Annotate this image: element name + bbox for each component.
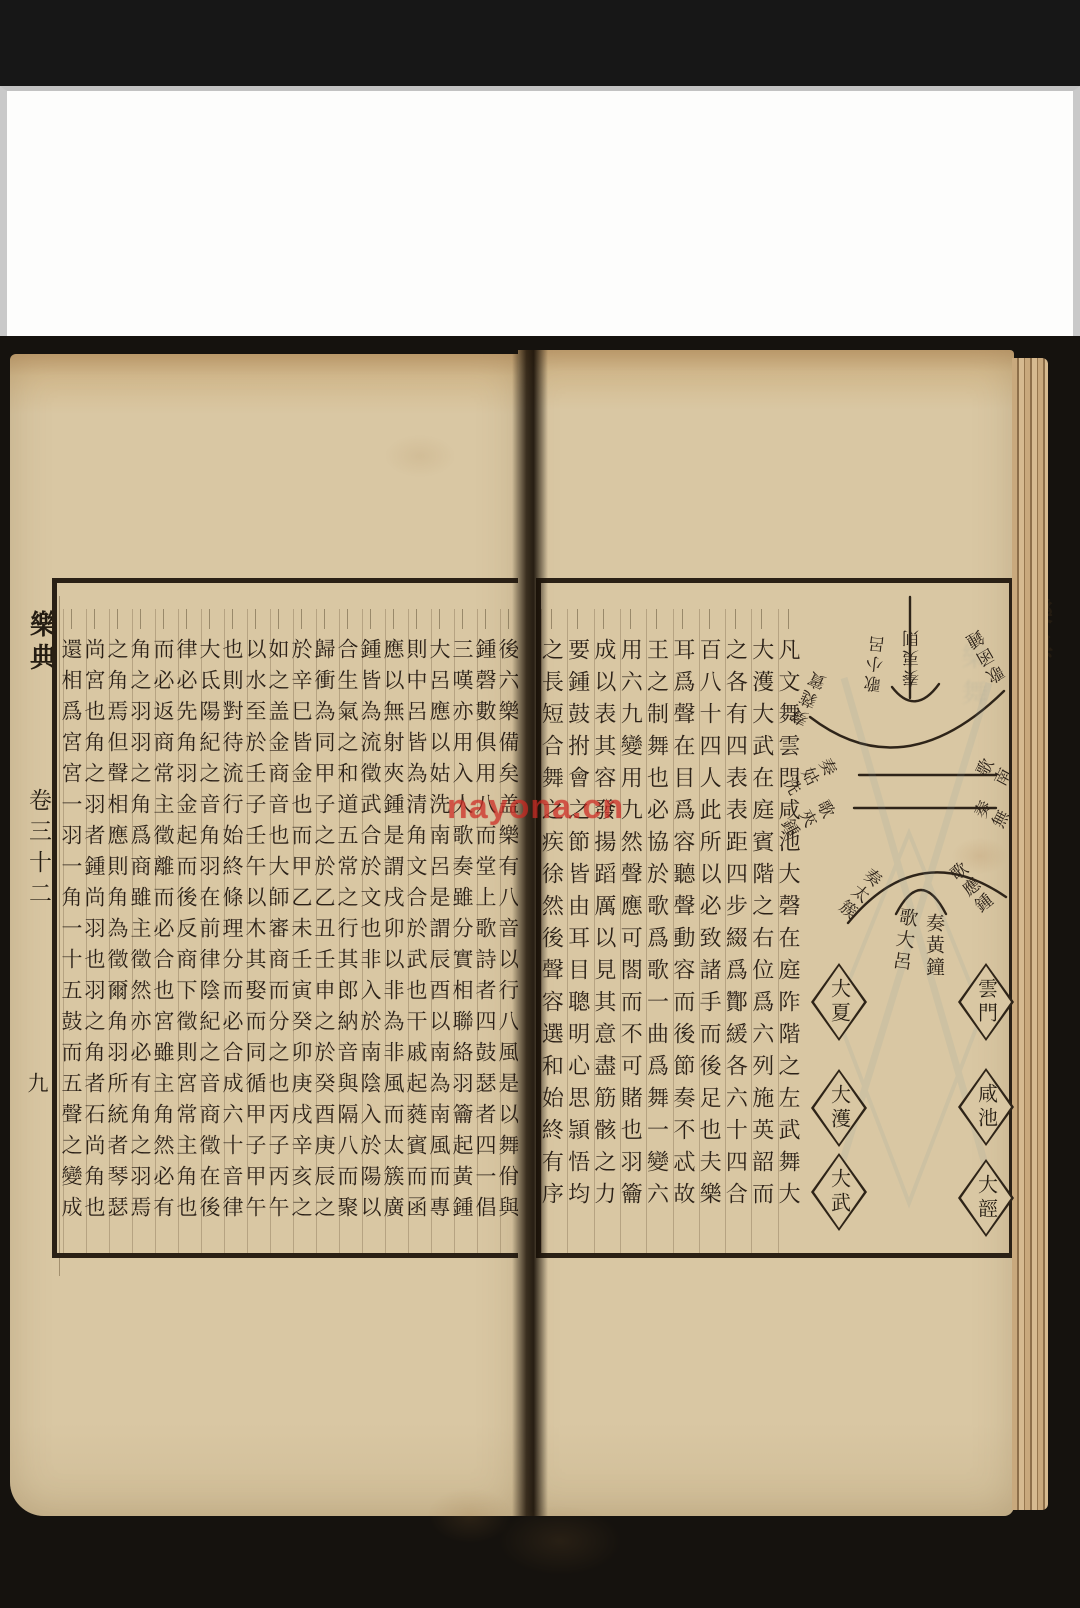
text-column: 三嘆亦用入人歌奏雖分實相聯絡羽籥起黃鍾 — [454, 609, 477, 1253]
folio-number: 九 — [22, 1072, 52, 1093]
dance-diamond: 大濩 — [811, 1069, 867, 1147]
text-column: 鍾皆為流徵武合於文也非入於南陰入於陽以 — [362, 609, 385, 1253]
text-column: 律必先角羽金起而後反商下徵則宮常主角也 — [178, 609, 201, 1253]
text-column: 合生氣之和道五常之行其郎納音與隔八而聚 — [339, 609, 362, 1253]
text-column: 以水至於壬子壬午以木其娶而同循甲子甲午 — [247, 609, 270, 1253]
text-column: 鍾磬數俱用八而堂上歌詩者四鼓瑟者四一倡 — [477, 609, 500, 1253]
volume-label: 卷三十二 — [22, 788, 55, 912]
text-column: 還相爲宮宮一羽一角一十五鼓而五聲之變成 — [63, 609, 86, 1253]
text-column: 成以表其容發揚蹈厲以見其意盡筋骸之力 — [594, 609, 620, 1253]
text-column: 而必返商常主徵離而必合也宮雖主角然必有 — [155, 609, 178, 1253]
dance-diamond: 大夏 — [811, 963, 867, 1041]
top-letterbox-bar — [0, 0, 1080, 86]
text-column: 也則對待流行始終條理分而必合成六十音律 — [224, 609, 247, 1253]
text-column: 要鍾鼓拊會之節皆由耳目聰明心思頴悟均 — [567, 609, 593, 1253]
text-column: 尚宮也角之羽者鍾尚羽也羽之角者石尚角也 — [86, 609, 109, 1253]
dance-diamond: 大䪫 — [958, 1159, 1014, 1237]
text-column: 應以無射夾鍾是謂戌卯以非為非風而太簇廣 — [385, 609, 408, 1253]
left-page-text-columns: 後六樂備矣盖樂有八音以行八風是以舞佾與鍾磬數俱用八而堂上歌詩者四鼓瑟者四一倡三嘆… — [62, 583, 523, 1253]
text-column: 耳爲聲在目爲容聽聲動容而後節奏不忒故 — [673, 609, 699, 1253]
six-dances-diagram: 樂舞 奏夷則 歌小呂 奏蕤賓 歌函鍾 奏姑洗 歌南呂 歌夾鍾 奏無射 奏太簇 歌… — [804, 583, 1009, 1253]
text-column: 用六九變用九然聲應可閤而不可賭也羽籥 — [620, 609, 646, 1253]
book-photo: 樂典 卷三十二 九 後六樂備矣盖樂有八音以行八風是以舞佾與鍾磬數俱用八而堂上歌詩… — [0, 336, 1080, 1608]
text-column: 如之盖金商音也大師審商而分之也丙子丙午 — [270, 609, 293, 1253]
text-column: 之各有四表表距四步綴爲酇緩各六十四合 — [725, 609, 751, 1253]
page-gutter-shadow — [512, 350, 548, 1516]
scanner-background-band — [0, 86, 1080, 336]
right-text-frame: 凡文舞雲門咸池大磬在庭阼階之左武舞大大濩大武在庭賓階之右位爲六列施英韶而之各有四… — [536, 578, 1014, 1258]
text-column: 則中呂皆為清角文合於武也干戚起蕤賓而函 — [408, 609, 431, 1253]
text-column: 大濩大武在庭賓階之右位爲六列施英韶而 — [751, 609, 777, 1253]
text-column: 王之制舞也必協於歌爲歌一曲爲舞一變六 — [646, 609, 672, 1253]
text-column: 百八十四人此所以必致諸手而後足也夫樂 — [699, 609, 725, 1253]
book-fore-edge — [1012, 358, 1048, 1510]
dance-diamond: 咸池 — [958, 1068, 1014, 1146]
left-page: 樂典 卷三十二 九 後六樂備矣盖樂有八音以行八風是以舞佾與鍾磬數俱用八而堂上歌詩… — [10, 354, 518, 1516]
text-column: 角之羽羽之角爲商雖主徵然亦必有角之羽焉 — [132, 609, 155, 1253]
text-column: 大氐陽紀之音角羽在前律陰紀之音商徵在後 — [201, 609, 224, 1253]
dance-diamond: 大武 — [811, 1153, 867, 1231]
right-page-text-columns: 凡文舞雲門咸池大磬在庭阼階之左武舞大大濩大武在庭賓階之右位爲六列施英韶而之各有四… — [541, 583, 804, 1253]
text-column: 歸衝為同甲子之於乙丑壬申之於癸酉庚辰之 — [316, 609, 339, 1253]
text-column: 之角焉但聲相應則角為徵爾角羽所統者琴瑟 — [109, 609, 132, 1253]
text-column: 於辛巳皆金也而甲乙未壬寅癸卯庚戌辛亥之 — [293, 609, 316, 1253]
dance-diamond: 雲門 — [958, 963, 1014, 1041]
right-page: 凡文舞雲門咸池大磬在庭阼階之左武舞大大濩大武在庭賓階之右位爲六列施英韶而之各有四… — [518, 350, 1014, 1516]
text-column: 大呂應以姑洗南呂是謂辰酉以南為南風而專 — [431, 609, 454, 1253]
watermark-text: nayona.cn — [447, 788, 624, 827]
left-text-frame: 後六樂備矣盖樂有八音以行八風是以舞佾與鍾磬數俱用八而堂上歌詩者四鼓瑟者四一倡三嘆… — [52, 578, 523, 1258]
